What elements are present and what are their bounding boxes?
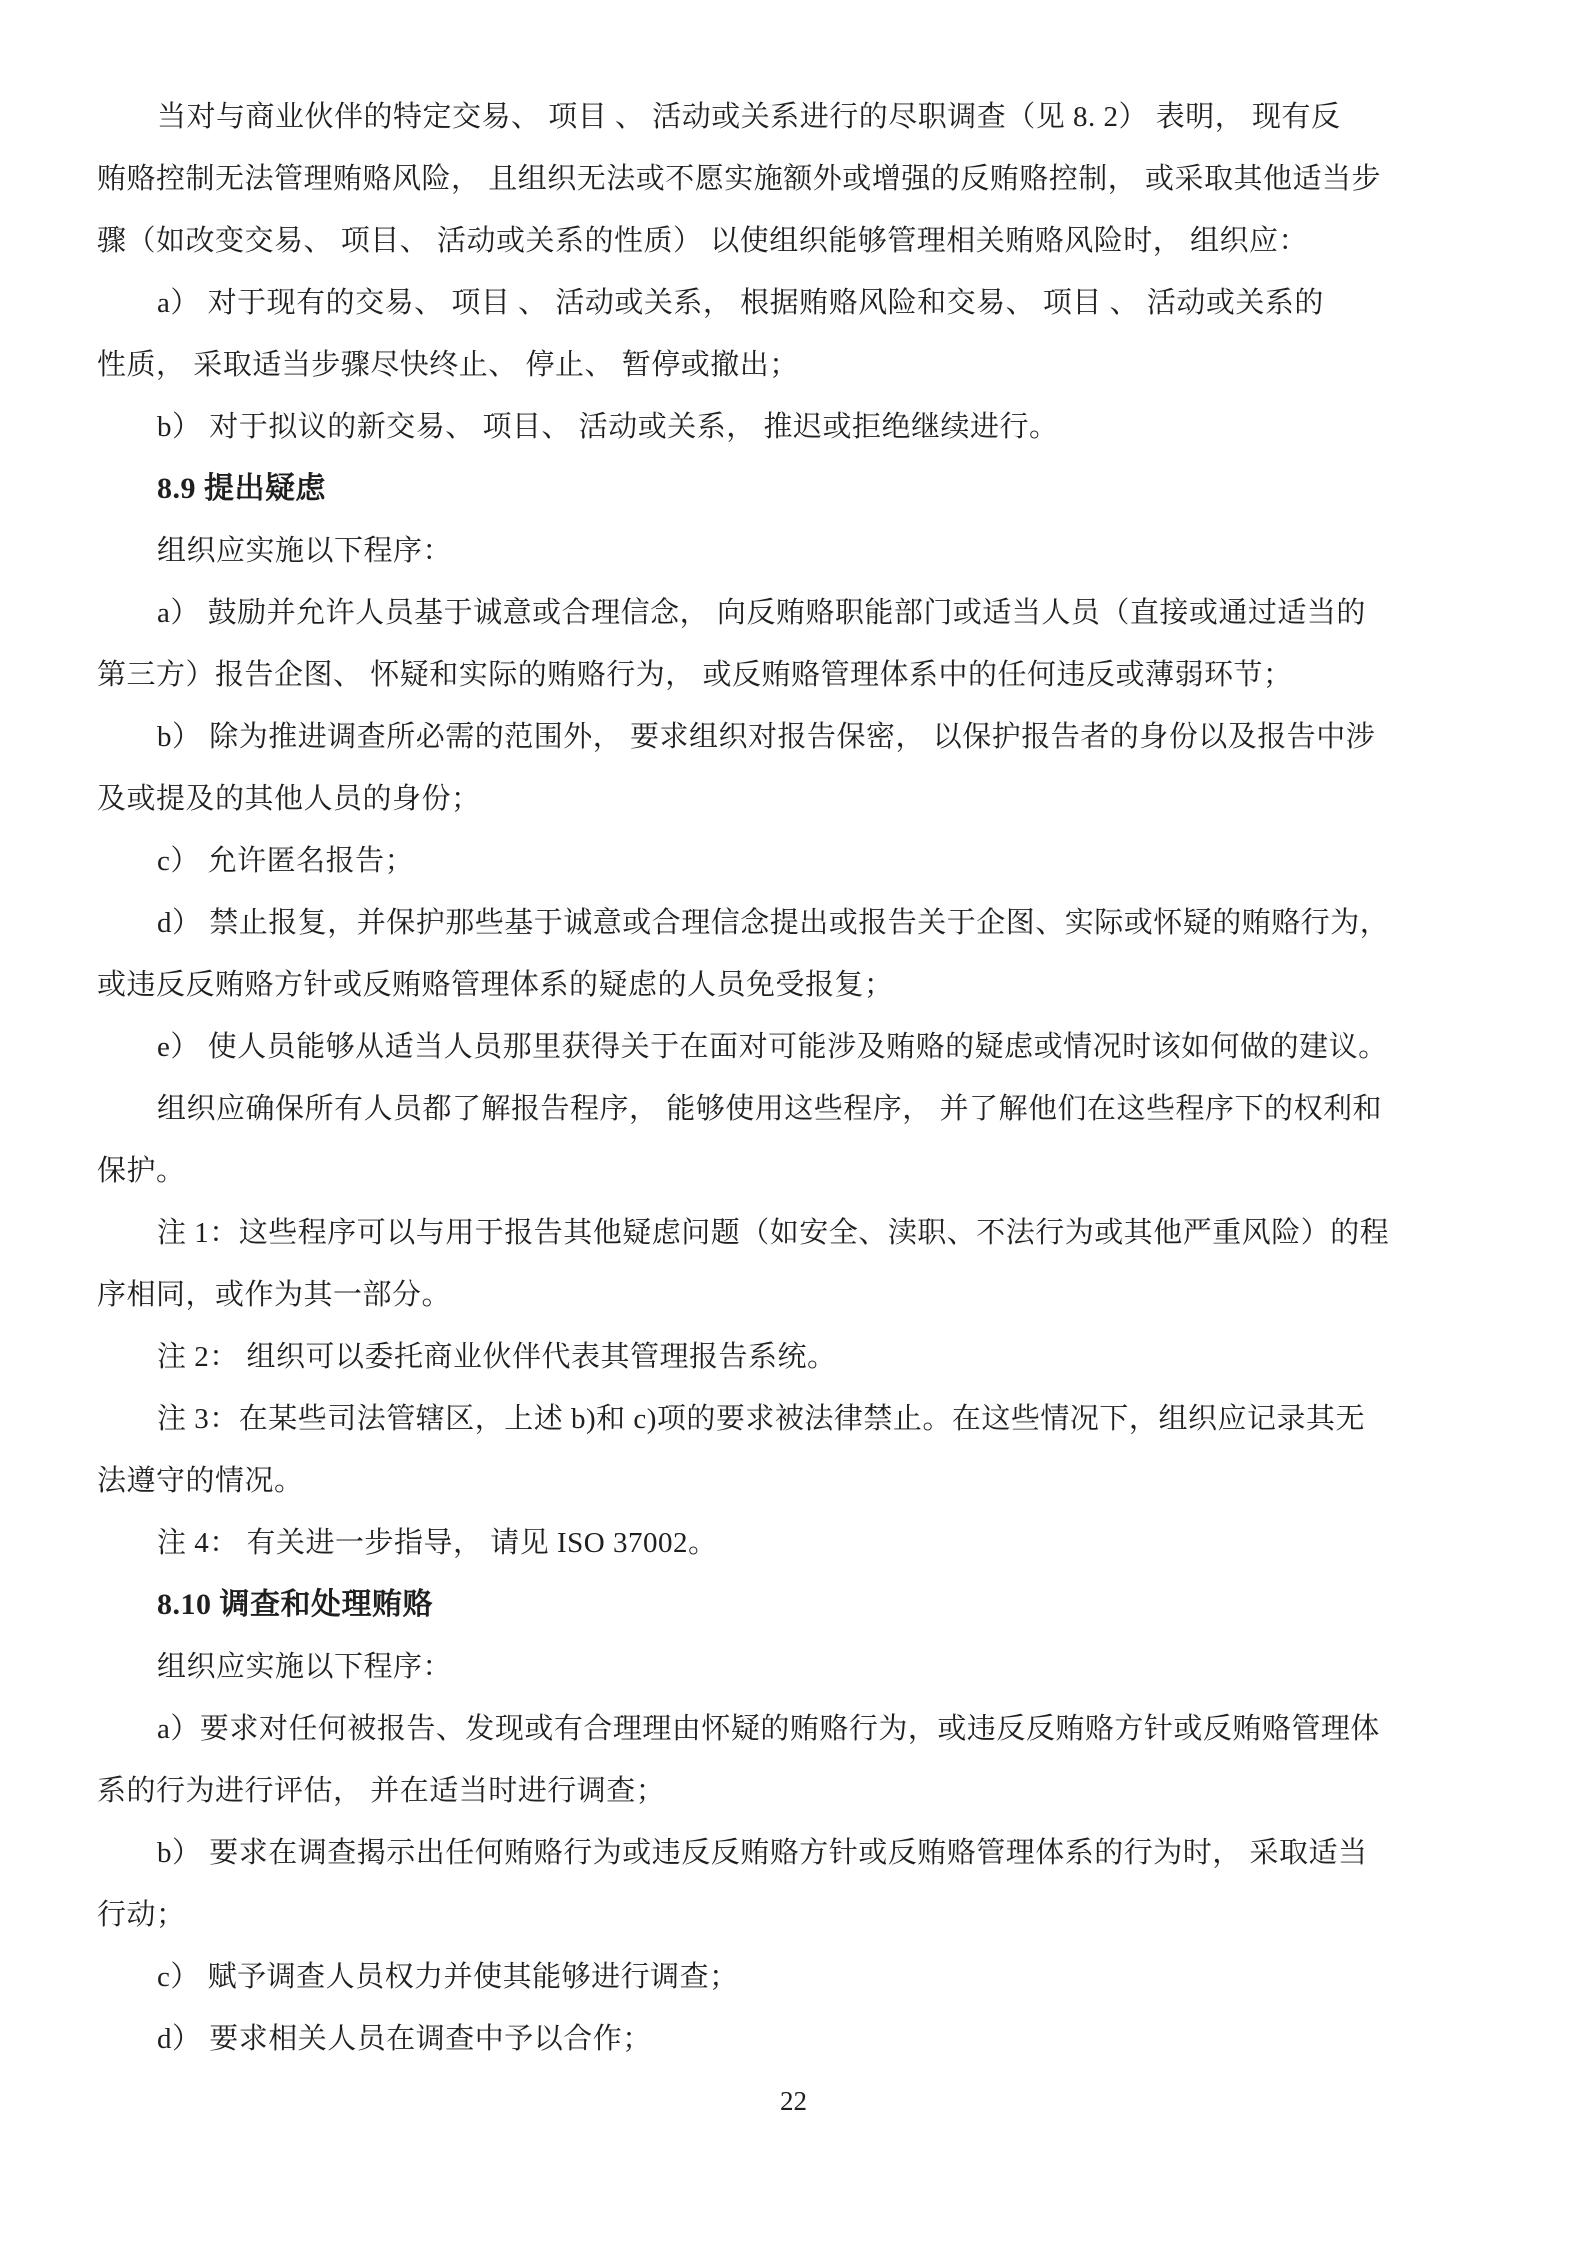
text-line: 当对与商业伙伴的特定交易、 项目 、 活动或关系进行的尽职调查（见 8. 2） … (97, 86, 1497, 148)
text-line: 组织应实施以下程序： (97, 520, 1497, 582)
text-line: 注 3：在某些司法管辖区，上述 b)和 c)项的要求被法律禁止。在这些情况下，组… (97, 1388, 1497, 1450)
page-number: 22 (0, 2070, 1587, 2132)
text-line: 注 4： 有关进一步指导， 请见 ISO 37002。 (97, 1512, 1497, 1574)
text-line: 法遵守的情况。 (97, 1450, 1497, 1512)
text-line: 保护。 (97, 1140, 1497, 1202)
text-line: e） 使人员能够从适当人员那里获得关于在面对可能涉及贿赂的疑虑或情况时该如何做的… (97, 1016, 1497, 1078)
text-line: 组织应确保所有人员都了解报告程序， 能够使用这些程序， 并了解他们在这些程序下的… (97, 1078, 1497, 1140)
text-line: 骤（如改变交易、 项目、 活动或关系的性质） 以使组织能够管理相关贿赂风险时， … (97, 210, 1497, 272)
text-line: c） 赋予调查人员权力并使其能够进行调查； (97, 1946, 1497, 2008)
text-line: b） 除为推进调查所必需的范围外， 要求组织对报告保密， 以保护报告者的身份以及… (97, 706, 1497, 768)
document-page: 当对与商业伙伴的特定交易、 项目 、 活动或关系进行的尽职调查（见 8. 2） … (0, 0, 1587, 2245)
text-line: 系的行为进行评估， 并在适当时进行调查； (97, 1760, 1497, 1822)
text-line: 序相同，或作为其一部分。 (97, 1264, 1497, 1326)
text-line: b） 要求在调查揭示出任何贿赂行为或违反反贿赂方针或反贿赂管理体系的行为时， 采… (97, 1822, 1497, 1884)
text-line: d） 禁止报复，并保护那些基于诚意或合理信念提出或报告关于企图、实际或怀疑的贿赂… (97, 892, 1497, 954)
text-line: 贿赂控制无法管理贿赂风险， 且组织无法或不愿实施额外或增强的反贿赂控制， 或采取… (97, 148, 1497, 210)
text-line: 注 2： 组织可以委托商业伙伴代表其管理报告系统。 (97, 1326, 1497, 1388)
text-line: 或违反反贿赂方针或反贿赂管理体系的疑虑的人员免受报复； (97, 954, 1497, 1016)
text-line: a） 对于现有的交易、 项目 、 活动或关系， 根据贿赂风险和交易、 项目 、 … (97, 272, 1497, 334)
text-line: b） 对于拟议的新交易、 项目、 活动或关系， 推迟或拒绝继续进行。 (97, 396, 1497, 458)
text-line: d） 要求相关人员在调查中予以合作； (97, 2008, 1497, 2070)
text-line: c） 允许匿名报告； (97, 830, 1497, 892)
text-line: a）要求对任何被报告、发现或有合理理由怀疑的贿赂行为，或违反反贿赂方针或反贿赂管… (97, 1698, 1497, 1760)
text-line: 性质， 采取适当步骤尽快终止、 停止、 暂停或撤出； (97, 334, 1497, 396)
document-lines: 当对与商业伙伴的特定交易、 项目 、 活动或关系进行的尽职调查（见 8. 2） … (97, 86, 1497, 2070)
text-line: 注 1：这些程序可以与用于报告其他疑虑问题（如安全、渎职、不法行为或其他严重风险… (97, 1202, 1497, 1264)
text-line: 第三方）报告企图、 怀疑和实际的贿赂行为， 或反贿赂管理体系中的任何违反或薄弱环… (97, 644, 1497, 706)
text-line: a） 鼓励并允许人员基于诚意或合理信念， 向反贿赂职能部门或适当人员（直接或通过… (97, 582, 1497, 644)
text-line: 行动； (97, 1884, 1497, 1946)
text-line: 组织应实施以下程序： (97, 1636, 1497, 1698)
section-heading: 8.10 调查和处理贿赂 (97, 1574, 1497, 1636)
text-line: 及或提及的其他人员的身份； (97, 768, 1497, 830)
section-heading: 8.9 提出疑虑 (97, 458, 1497, 520)
